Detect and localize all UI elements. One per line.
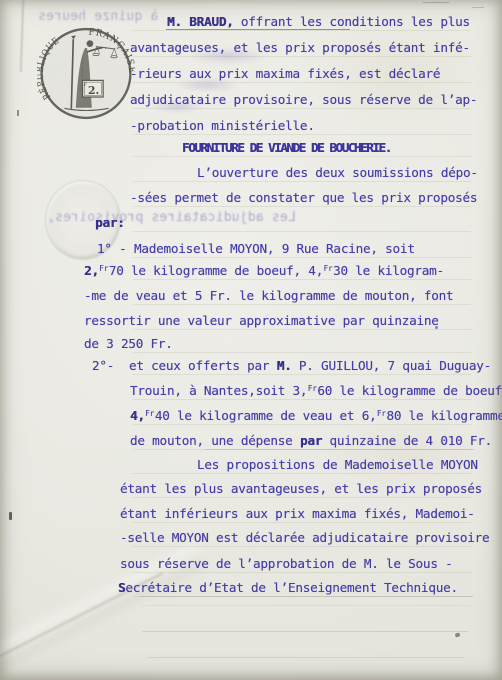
franc-superscript: Fr: [145, 409, 154, 418]
document-line: étant inférieurs aux prix maxima fixés, …: [120, 507, 475, 521]
text-segment: -rieurs aux prix maxima fixés, est décla…: [130, 66, 440, 81]
document-line: Secrétaire d’Etat de l’Enseignement Tech…: [118, 581, 458, 595]
document-body: M. BRAUD, offrant les conditions les plu…: [0, 0, 502, 680]
text-segment: quinzaine de 4 010 Fr.: [322, 433, 492, 448]
text-segment: -probation ministérielle.: [130, 118, 315, 133]
text-segment: 70 le kilogramme de boeuf, 4,: [109, 263, 323, 278]
text-segment: sous réserve de l’approbation de M. le S…: [120, 556, 452, 571]
text-segment: 1° - Mademoiselle MOYON, 9 Rue Racine, s…: [97, 241, 415, 256]
text-segment: -selle MOYON est déclarée adjudicataire …: [120, 530, 489, 545]
text-segment: 30 le kilogram-: [333, 263, 444, 278]
document-line: -rieurs aux prix maxima fixés, est décla…: [130, 67, 440, 81]
document-line: sous réserve de l’approbation de M. le S…: [120, 557, 452, 571]
franc-superscript: Fr: [377, 409, 386, 418]
text-segment: 40 le kilogramme de veau et 6,: [155, 408, 377, 423]
document-line: ressortir une valeur approximative par q…: [84, 314, 439, 328]
document-line: -sées permet de constater que les prix p…: [130, 191, 477, 205]
document-line: L’ouverture des deux soumissions dépo-: [197, 166, 478, 180]
document-line: Trouin, à Nantes,soit 3,Fr60 le kilogram…: [130, 384, 502, 400]
text-segment: par: [300, 433, 322, 448]
scanned-document-page: { "page": { "paper_color": "#e9e8e1", "i…: [0, 0, 502, 680]
text-segment: de 3 250 Fr.: [84, 336, 173, 351]
franc-superscript: Fr: [324, 264, 333, 273]
document-line: étant les plus avantageuses, et les prix…: [120, 482, 482, 496]
text-segment: par:: [95, 215, 125, 230]
document-line: -selle MOYON est déclarée adjudicataire …: [120, 531, 489, 545]
document-line: adjudicataire provisoire, sous réserve d…: [130, 93, 477, 107]
document-line: avantageuses, et les prix proposés étant…: [130, 41, 470, 55]
text-segment: L’ouverture des deux soumissions dépo-: [197, 165, 478, 180]
document-line: 2,Fr70 le kilogramme de boeuf, 4,Fr30 le…: [84, 264, 444, 280]
text-segment: ressortir une valeur approximative par q…: [84, 313, 439, 328]
document-line: 1° - Mademoiselle MOYON, 9 Rue Racine, s…: [97, 242, 415, 256]
text-segment: -me de veau et 5 Fr. le kilogramme de mo…: [84, 288, 453, 303]
document-line: par:: [95, 216, 125, 230]
text-segment: FOURNITURE DE VIANDE DE BOUCHERIE.: [182, 140, 391, 155]
document-line: 2°- et ceux offerts par M. P. GUILLOU, 7…: [92, 359, 491, 373]
text-segment: adjudicataire provisoire, sous réserve d…: [130, 92, 477, 107]
document-line: Les propositions de Mademoiselle MOYON: [197, 458, 478, 472]
text-segment: 2,: [84, 263, 99, 278]
document-line: -me de veau et 5 Fr. le kilogramme de mo…: [84, 289, 453, 303]
document-line: FOURNITURE DE VIANDE DE BOUCHERIE.: [182, 141, 391, 155]
text-segment: offrant les conditions les plus: [234, 14, 470, 29]
text-segment: Les propositions de Mademoiselle MOYON: [197, 457, 478, 472]
text-segment: -sées permet de constater que les prix p…: [130, 190, 477, 205]
text-segment: M. BRAUD,: [167, 14, 234, 29]
text-segment: étant les plus avantageuses, et les prix…: [120, 481, 482, 496]
text-segment: étant inférieurs aux prix maxima fixés, …: [120, 506, 475, 521]
text-segment: 4,: [130, 408, 145, 423]
text-segment: ecrétaire d’Etat de l’Enseignement Techn…: [125, 580, 457, 595]
franc-superscript: Fr: [99, 264, 108, 273]
document-line: de 3 250 Fr.: [84, 337, 173, 351]
text-segment: de mouton, une dépense: [130, 433, 300, 448]
document-line: -probation ministérielle.: [130, 119, 315, 133]
text-segment: P. GUILLOU, 7 quai Duguay-: [292, 358, 492, 373]
text-segment: M.: [277, 358, 292, 373]
document-line: M. BRAUD, offrant les conditions les plu…: [167, 15, 470, 29]
franc-superscript: Fr: [308, 384, 317, 393]
text-segment: 80 le kilogramme: [387, 408, 502, 423]
text-segment: avantageuses, et les prix proposés étant…: [130, 40, 470, 55]
text-segment: 60 le kilogramme de boeuf: [317, 383, 502, 398]
text-segment: 2°- et ceux offerts par: [92, 358, 277, 373]
text-segment: Trouin, à Nantes,soit 3,: [130, 383, 307, 398]
document-line: de mouton, une dépense par quinzaine de …: [130, 434, 492, 448]
document-line: 4,Fr40 le kilogramme de veau et 6,Fr80 l…: [130, 409, 502, 425]
